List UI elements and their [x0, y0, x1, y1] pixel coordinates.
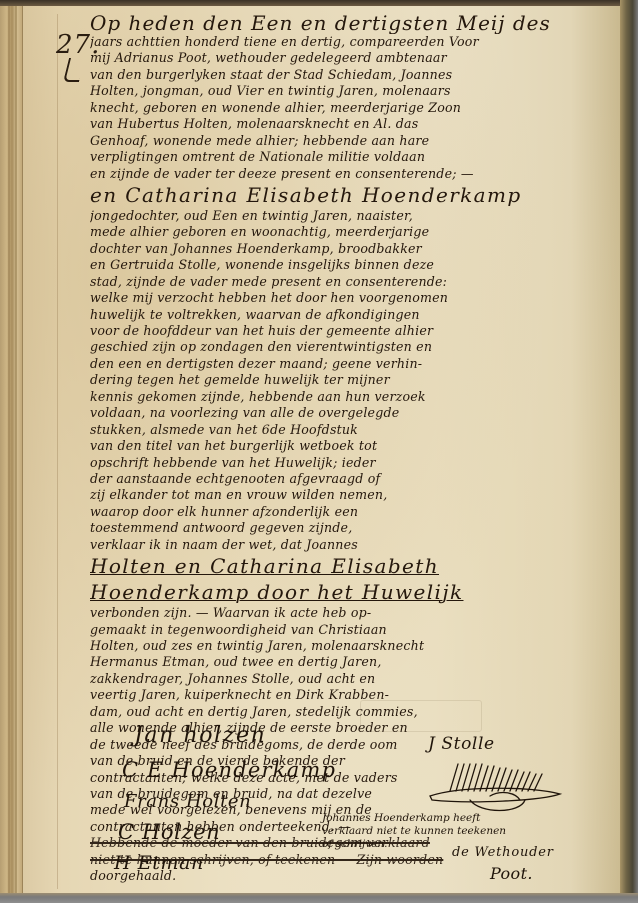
signature-stolle: J Stolle: [428, 734, 495, 754]
page-gutter: [620, 0, 638, 903]
signature-block: Jan holzen C E Hoenderkamp Frans Holten …: [0, 0, 620, 903]
signature-c-holzen: C Holzen: [118, 820, 220, 844]
document-scan: 27. Op heden den Een en dertigsten Meij …: [0, 0, 638, 903]
signature-hoenderkamp: C E Hoenderkamp: [122, 758, 336, 782]
signature-registrar-poot: Poot.: [490, 864, 533, 883]
signature-flourish-icon: [420, 756, 570, 816]
signature-etman: H Etman: [114, 852, 204, 874]
signature-frans-holten: Frans Holten: [124, 791, 251, 812]
note-line: Johannes Hoenderkamp heeft: [322, 812, 506, 825]
signature-jan-holzen: Jan holzen: [134, 723, 266, 748]
registrar-title: de Wethouder: [452, 845, 554, 860]
note-line: verklaard niet te kunnen teekenen: [322, 825, 506, 838]
